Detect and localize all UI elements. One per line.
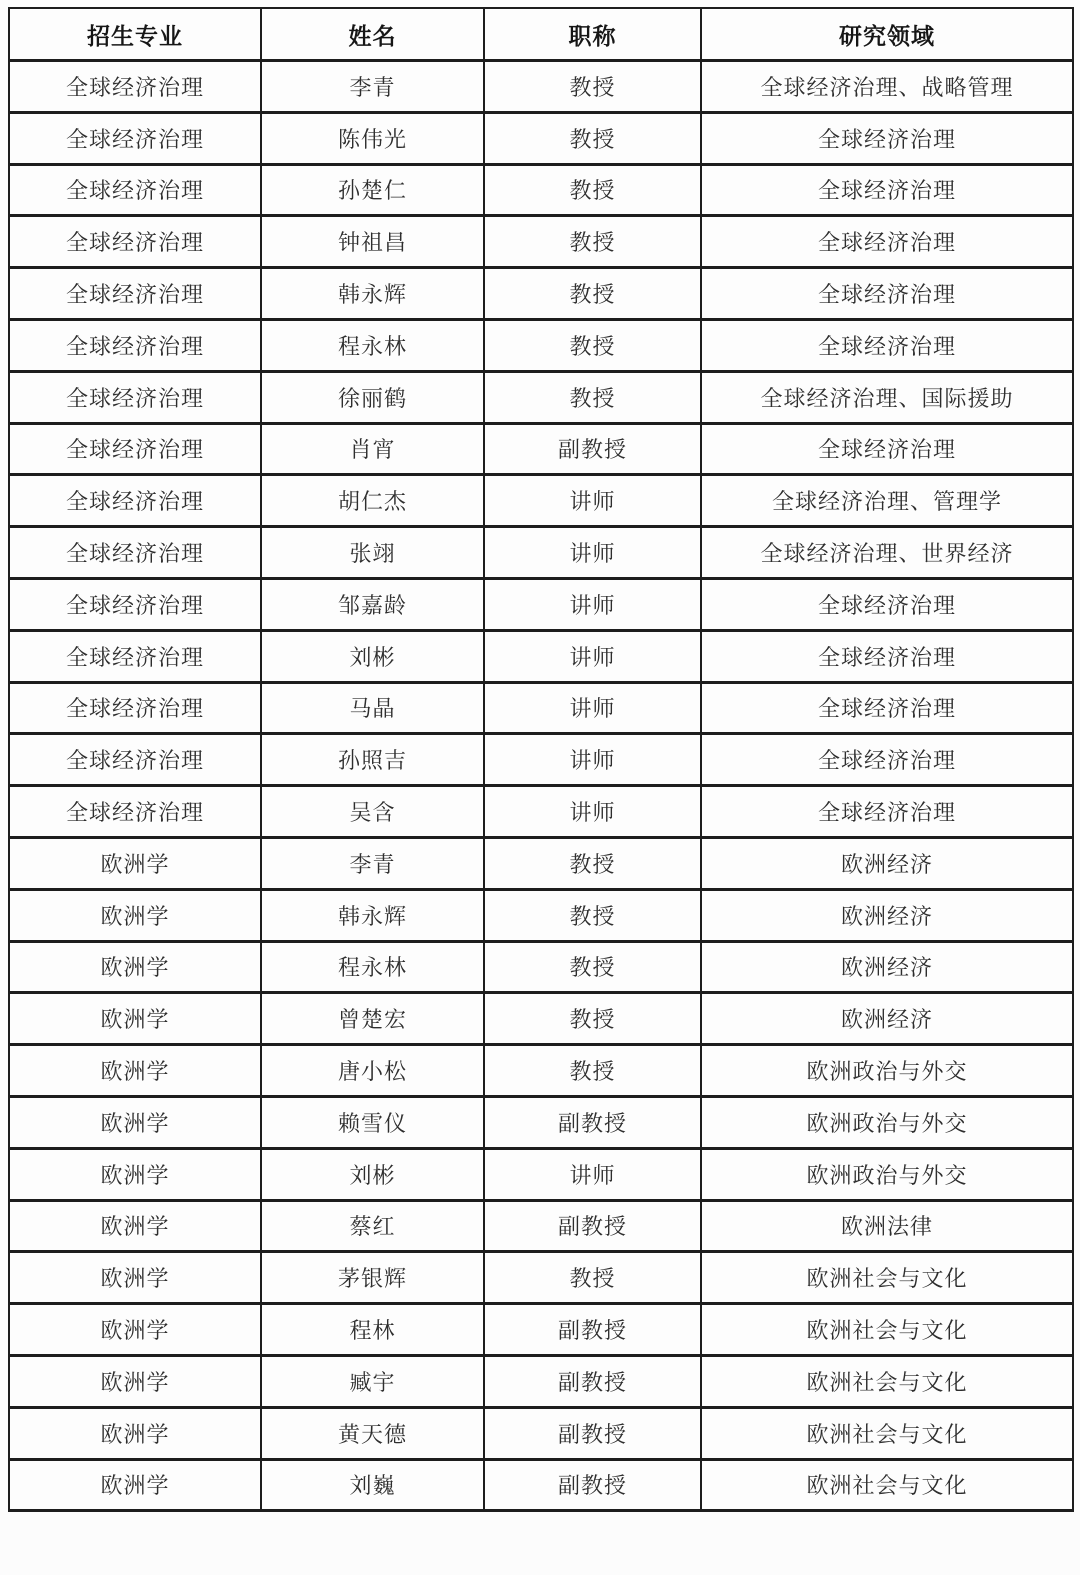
table-row: 全球经济治理吴含讲师全球经济治理	[9, 786, 1073, 838]
table-cell-title: 讲师	[484, 734, 701, 786]
table-cell-field: 欧洲经济	[701, 889, 1073, 941]
table-cell-major: 全球经济治理	[9, 578, 261, 630]
table-cell-major: 全球经济治理	[9, 475, 261, 527]
table-row: 全球经济治理孙照吉讲师全球经济治理	[9, 734, 1073, 786]
table-cell-major: 全球经济治理	[9, 682, 261, 734]
table-cell-major: 欧洲学	[9, 1252, 261, 1304]
table-cell-major: 全球经济治理	[9, 216, 261, 268]
table-cell-field: 全球经济治理	[701, 112, 1073, 164]
table-row: 欧洲学李青教授欧洲经济	[9, 837, 1073, 889]
table-cell-field: 全球经济治理	[701, 319, 1073, 371]
document-page: 招生专业 姓名 职称 研究领域 全球经济治理李青教授全球经济治理、战略管理全球经…	[0, 0, 1080, 1575]
table-cell-name: 陈伟光	[261, 112, 484, 164]
table-cell-field: 全球经济治理	[701, 682, 1073, 734]
table-cell-name: 韩永辉	[261, 889, 484, 941]
table-cell-major: 全球经济治理	[9, 112, 261, 164]
table-cell-major: 欧洲学	[9, 1304, 261, 1356]
table-cell-title: 教授	[484, 837, 701, 889]
table-cell-title: 副教授	[484, 1407, 701, 1459]
table-cell-name: 程永林	[261, 319, 484, 371]
table-cell-name: 程林	[261, 1304, 484, 1356]
table-cell-name: 孙楚仁	[261, 164, 484, 216]
table-row: 欧洲学程林副教授欧洲社会与文化	[9, 1304, 1073, 1356]
table-row: 全球经济治理马晶讲师全球经济治理	[9, 682, 1073, 734]
table-row: 全球经济治理徐丽鹤教授全球经济治理、国际援助	[9, 371, 1073, 423]
table-cell-field: 全球经济治理	[701, 734, 1073, 786]
table-cell-major: 欧洲学	[9, 1459, 261, 1511]
table-cell-field: 全球经济治理	[701, 630, 1073, 682]
table-row: 全球经济治理张翊讲师全球经济治理、世界经济	[9, 527, 1073, 579]
table-cell-name: 曾楚宏	[261, 993, 484, 1045]
table-cell-major: 欧洲学	[9, 1045, 261, 1097]
table-row: 欧洲学韩永辉教授欧洲经济	[9, 889, 1073, 941]
table-row: 全球经济治理邹嘉龄讲师全球经济治理	[9, 578, 1073, 630]
table-cell-field: 欧洲社会与文化	[701, 1407, 1073, 1459]
header-row: 招生专业 姓名 职称 研究领域	[9, 8, 1073, 61]
table-cell-field: 欧洲经济	[701, 837, 1073, 889]
table-cell-name: 韩永辉	[261, 268, 484, 320]
table-cell-field: 全球经济治理	[701, 423, 1073, 475]
column-header-title: 职称	[484, 8, 701, 61]
table-cell-title: 副教授	[484, 1459, 701, 1511]
table-cell-name: 唐小松	[261, 1045, 484, 1097]
table-cell-major: 全球经济治理	[9, 527, 261, 579]
table-row: 欧洲学茅银辉教授欧洲社会与文化	[9, 1252, 1073, 1304]
table-cell-title: 教授	[484, 993, 701, 1045]
table-row: 全球经济治理李青教授全球经济治理、战略管理	[9, 61, 1073, 113]
table-row: 欧洲学唐小松教授欧洲政治与外交	[9, 1045, 1073, 1097]
table-cell-title: 教授	[484, 371, 701, 423]
table-cell-name: 赖雪仪	[261, 1096, 484, 1148]
table-cell-name: 刘巍	[261, 1459, 484, 1511]
table-cell-field: 全球经济治理	[701, 786, 1073, 838]
table-cell-major: 全球经济治理	[9, 268, 261, 320]
table-cell-title: 副教授	[484, 1096, 701, 1148]
table-cell-name: 吴含	[261, 786, 484, 838]
table-cell-title: 教授	[484, 889, 701, 941]
table-cell-major: 欧洲学	[9, 837, 261, 889]
table-row: 欧洲学刘彬讲师欧洲政治与外交	[9, 1148, 1073, 1200]
table-cell-title: 副教授	[484, 423, 701, 475]
table-row: 全球经济治理韩永辉教授全球经济治理	[9, 268, 1073, 320]
table-cell-field: 欧洲经济	[701, 941, 1073, 993]
table-row: 欧洲学程永林教授欧洲经济	[9, 941, 1073, 993]
table-cell-field: 全球经济治理	[701, 268, 1073, 320]
table-cell-name: 臧宇	[261, 1355, 484, 1407]
table-cell-field: 欧洲政治与外交	[701, 1045, 1073, 1097]
table-row: 全球经济治理程永林教授全球经济治理	[9, 319, 1073, 371]
table-row: 全球经济治理胡仁杰讲师全球经济治理、管理学	[9, 475, 1073, 527]
table-cell-title: 教授	[484, 216, 701, 268]
column-header-major: 招生专业	[9, 8, 261, 61]
table-cell-title: 讲师	[484, 630, 701, 682]
table-cell-major: 欧洲学	[9, 1407, 261, 1459]
table-cell-name: 徐丽鹤	[261, 371, 484, 423]
table-cell-major: 欧洲学	[9, 941, 261, 993]
table-row: 欧洲学蔡红副教授欧洲法律	[9, 1200, 1073, 1252]
table-cell-field: 全球经济治理、世界经济	[701, 527, 1073, 579]
table-cell-field: 欧洲经济	[701, 993, 1073, 1045]
table-cell-title: 讲师	[484, 578, 701, 630]
table-cell-major: 欧洲学	[9, 1200, 261, 1252]
table-cell-major: 欧洲学	[9, 889, 261, 941]
table-row: 全球经济治理刘彬讲师全球经济治理	[9, 630, 1073, 682]
table-cell-major: 全球经济治理	[9, 371, 261, 423]
table-cell-title: 教授	[484, 61, 701, 113]
table-row: 全球经济治理陈伟光教授全球经济治理	[9, 112, 1073, 164]
table-cell-field: 欧洲政治与外交	[701, 1148, 1073, 1200]
table-cell-title: 讲师	[484, 1148, 701, 1200]
table-cell-major: 欧洲学	[9, 1355, 261, 1407]
table-row: 全球经济治理孙楚仁教授全球经济治理	[9, 164, 1073, 216]
table-cell-field: 欧洲社会与文化	[701, 1252, 1073, 1304]
table-cell-field: 全球经济治理	[701, 216, 1073, 268]
table-cell-major: 全球经济治理	[9, 164, 261, 216]
table-row: 欧洲学臧宇副教授欧洲社会与文化	[9, 1355, 1073, 1407]
table-cell-major: 全球经济治理	[9, 734, 261, 786]
table-cell-field: 欧洲社会与文化	[701, 1304, 1073, 1356]
table-cell-major: 全球经济治理	[9, 61, 261, 113]
table-row: 欧洲学黄天德副教授欧洲社会与文化	[9, 1407, 1073, 1459]
table-cell-name: 蔡红	[261, 1200, 484, 1252]
table-row: 欧洲学曾楚宏教授欧洲经济	[9, 993, 1073, 1045]
table-cell-field: 欧洲政治与外交	[701, 1096, 1073, 1148]
table-row: 欧洲学赖雪仪副教授欧洲政治与外交	[9, 1096, 1073, 1148]
column-header-field: 研究领域	[701, 8, 1073, 61]
table-cell-name: 马晶	[261, 682, 484, 734]
table-cell-name: 胡仁杰	[261, 475, 484, 527]
table-cell-field: 欧洲社会与文化	[701, 1459, 1073, 1511]
table-cell-title: 讲师	[484, 786, 701, 838]
table-cell-name: 茅银辉	[261, 1252, 484, 1304]
table-cell-name: 邹嘉龄	[261, 578, 484, 630]
table-cell-title: 副教授	[484, 1355, 701, 1407]
table-cell-title: 讲师	[484, 682, 701, 734]
table-cell-name: 肖宵	[261, 423, 484, 475]
table-row: 欧洲学刘巍副教授欧洲社会与文化	[9, 1459, 1073, 1511]
table-cell-major: 欧洲学	[9, 1148, 261, 1200]
table-cell-field: 欧洲社会与文化	[701, 1355, 1073, 1407]
table-cell-name: 刘彬	[261, 1148, 484, 1200]
table-cell-title: 讲师	[484, 475, 701, 527]
table-row: 全球经济治理钟祖昌教授全球经济治理	[9, 216, 1073, 268]
table-cell-field: 全球经济治理、国际援助	[701, 371, 1073, 423]
table-cell-name: 刘彬	[261, 630, 484, 682]
table-cell-title: 副教授	[484, 1200, 701, 1252]
table-cell-title: 教授	[484, 112, 701, 164]
table-cell-name: 李青	[261, 837, 484, 889]
column-header-name: 姓名	[261, 8, 484, 61]
table-cell-name: 程永林	[261, 941, 484, 993]
table-cell-title: 教授	[484, 268, 701, 320]
table-cell-major: 欧洲学	[9, 993, 261, 1045]
table-row: 全球经济治理肖宵副教授全球经济治理	[9, 423, 1073, 475]
faculty-table: 招生专业 姓名 职称 研究领域 全球经济治理李青教授全球经济治理、战略管理全球经…	[8, 7, 1074, 1512]
table-cell-major: 欧洲学	[9, 1096, 261, 1148]
table-cell-title: 教授	[484, 164, 701, 216]
table-cell-field: 全球经济治理、管理学	[701, 475, 1073, 527]
table-cell-major: 全球经济治理	[9, 423, 261, 475]
table-cell-name: 黄天德	[261, 1407, 484, 1459]
table-cell-field: 全球经济治理	[701, 578, 1073, 630]
table-cell-field: 全球经济治理、战略管理	[701, 61, 1073, 113]
table-cell-major: 全球经济治理	[9, 786, 261, 838]
table-cell-title: 教授	[484, 941, 701, 993]
table-cell-name: 钟祖昌	[261, 216, 484, 268]
table-cell-name: 孙照吉	[261, 734, 484, 786]
table-cell-name: 张翊	[261, 527, 484, 579]
table-cell-title: 教授	[484, 1045, 701, 1097]
table-cell-field: 欧洲法律	[701, 1200, 1073, 1252]
table-cell-major: 全球经济治理	[9, 319, 261, 371]
table-cell-title: 副教授	[484, 1304, 701, 1356]
table-cell-title: 教授	[484, 1252, 701, 1304]
table-cell-major: 全球经济治理	[9, 630, 261, 682]
table-cell-title: 讲师	[484, 527, 701, 579]
table-cell-name: 李青	[261, 61, 484, 113]
table-cell-field: 全球经济治理	[701, 164, 1073, 216]
table-cell-title: 教授	[484, 319, 701, 371]
